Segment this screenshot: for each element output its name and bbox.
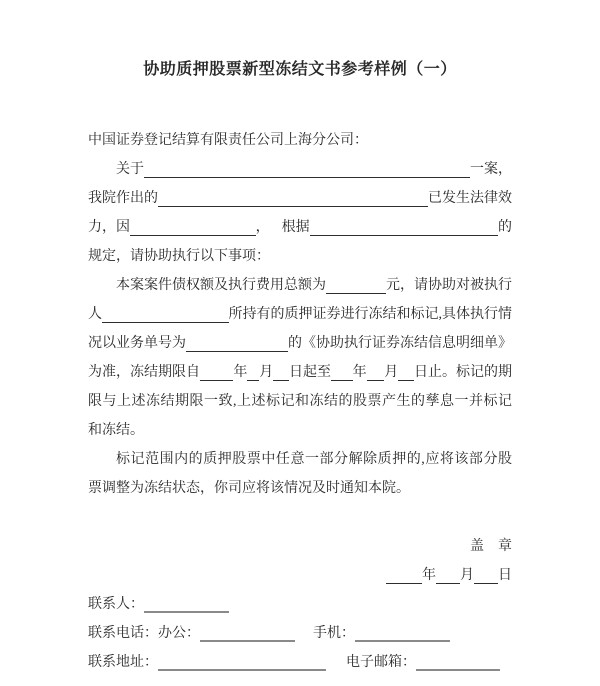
text-segment: 规定，请协助执行以下事项： [88,242,270,271]
blank-field [331,358,353,381]
text-segment: 一案， [470,155,512,184]
text-segment: 人 [88,300,102,329]
notify-line: 票调整为冻结状态，你司应将该情况及时通知本院。 [88,474,512,503]
text-segment: ， [256,213,270,242]
text-segment: 力，因 [88,213,130,242]
text-segment: 本案案件债权额及执行费用总额为 [116,271,326,300]
text-segment: 月 [259,358,273,387]
spacer [326,648,346,649]
blank-field [200,619,295,642]
blank-field [398,358,414,381]
text-segment: 日起至 [289,358,331,387]
blank-field [416,648,500,671]
text-segment: 和冻结。 [88,416,144,445]
date-line: 年月日 [88,561,512,590]
text-segment: 的《协助执行证券冻结信息明细单》 [288,329,512,358]
judgment-line: 我院作出的已发生法律效 [88,184,512,213]
business-no-line: 况以业务单号为的《协助执行证券冻结信息明细单》 [88,329,512,358]
request-intro-line: 规定，请协助执行以下事项： [88,242,512,271]
amount-line: 本案案件债权额及执行费用总额为元，请协助对被执行 [88,271,512,300]
text-segment: 年 [422,561,436,590]
blank-field [158,648,326,671]
document-lines: 中国证券登记结算有限责任公司上海分公司：关于一案，我院作出的已发生法律效力，因，… [88,126,512,677]
blank-field [158,184,428,207]
text-segment: 联系地址： [88,648,158,677]
text-segment: 日 [498,561,512,590]
text-segment: 联系电话：办公： [88,619,200,648]
text-segment: 根据 [282,213,310,242]
debtor-line: 人所持有的质押证券进行冻结和标记,具体执行情 [88,300,512,329]
text-segment: 况以业务单号为 [88,329,186,358]
blank-field [436,561,460,584]
blank-field [144,155,470,178]
mark-period-line: 限与上述冻结期限一致,上述标记和冻结的股票产生的孳息一并标记 [88,387,512,416]
release-clause-line: 标记范围内的质押股票中任意一部分解除质押的,应将该部分股 [88,445,512,474]
text-segment: 盖 章 [470,532,512,561]
text-segment: 月 [460,561,474,590]
text-segment: 联系人： [88,590,144,619]
contact-phone-line: 联系电话：办公：手机： [88,619,512,648]
case-title-line: 关于一案， [88,155,512,184]
text-segment: 年 [233,358,247,387]
text-segment: 日止。标记的期 [414,358,512,387]
spacer [295,619,313,620]
text-segment: 为准，冻结期限自 [88,358,200,387]
blank-field [355,619,450,642]
text-segment: 我院作出的 [88,184,158,213]
blank-field [310,213,498,236]
text-segment: 手机： [313,619,355,648]
contact-address-line: 联系地址：电子邮箱： [88,648,512,677]
blank-field [326,271,386,294]
blank-field [102,300,229,323]
text-segment: 的 [498,213,512,242]
text-segment: 标记范围内的质押股票中任意一部分解除质押的,应将该部分股 [116,452,512,467]
text-segment: 月 [384,358,398,387]
text-segment: 关于 [116,155,144,184]
blank-field [386,561,422,584]
blank-field [144,590,229,613]
freeze-end-line: 和冻结。 [88,416,512,445]
basis-line: 力，因，根据的 [88,213,512,242]
text-segment: 所持有的质押证券进行冻结和标记,具体执行情 [229,300,513,329]
blank-field [130,213,256,236]
freeze-period-line: 为准，冻结期限自年月日起至年月日止。标记的期 [88,358,512,387]
text-segment: 中国证券登记结算有限责任公司上海分公司： [88,126,368,155]
blank-field [367,358,385,381]
text-segment: 电子邮箱： [346,648,416,677]
blank-field [247,358,259,381]
blank-field [273,358,289,381]
contact-name-line: 联系人： [88,590,512,619]
text-segment: 限与上述冻结期限一致,上述标记和冻结的股票产生的孳息一并标记 [88,394,512,409]
blank-field [186,329,288,352]
stamp-line: 盖 章 [88,532,512,561]
blank-field [474,561,498,584]
text-segment: 元，请协助对被执行 [386,271,512,300]
text-segment: 已发生法律效 [428,184,512,213]
blank-field [200,358,233,381]
text-segment: 年 [353,358,367,387]
spacer [270,213,282,214]
spacer-line [88,503,512,532]
text-segment: 票调整为冻结状态，你司应将该情况及时通知本院。 [88,474,410,503]
addressee-line: 中国证券登记结算有限责任公司上海分公司： [88,126,512,155]
page-title: 协助质押股票新型冻结文书参考样例（一） [88,58,512,82]
document-page: 协助质押股票新型冻结文书参考样例（一） 中国证券登记结算有限责任公司上海分公司：… [0,0,600,677]
